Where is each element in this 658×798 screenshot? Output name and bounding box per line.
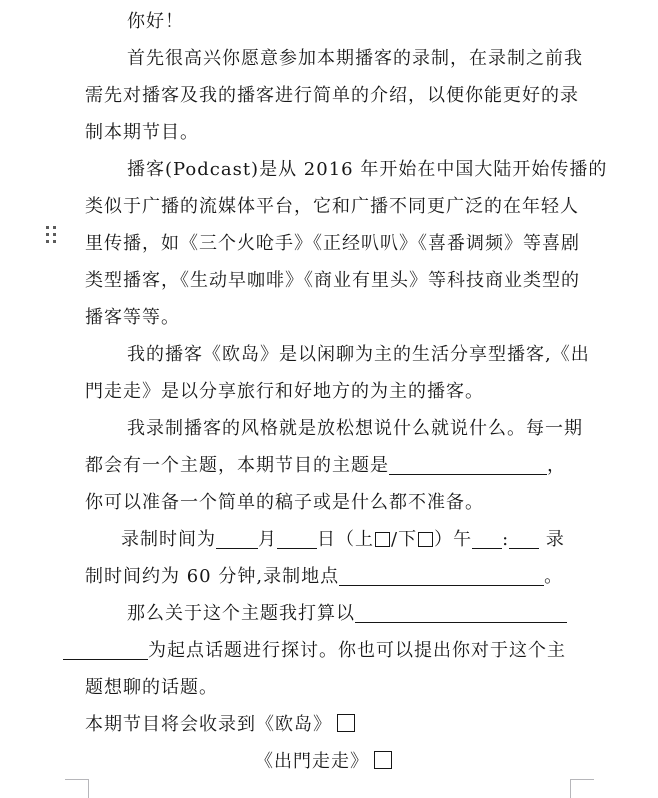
text-run: 里传播，如《三个火呛手》《正经叭叭》《喜番调频》等喜剧 — [85, 233, 580, 254]
text-run: 我录制播客的风格就是放松想说什么就说什么。每一期 — [127, 418, 583, 439]
text-line: 你好！ — [127, 3, 585, 40]
drag-handle-dot — [46, 233, 49, 236]
fill-in-blank-line[interactable] — [355, 622, 567, 623]
document-page: 你好！首先很高兴你愿意参加本期播客的录制，在录制之前我需先对播客及我的播客进行简… — [0, 0, 658, 798]
text-line: 录制时间为月日（上/下）午: 录 — [121, 521, 585, 558]
text-run: 播客等等。 — [85, 307, 180, 328]
fill-in-blank-line[interactable] — [339, 585, 544, 586]
text-run: 录制时间为 — [121, 529, 216, 550]
checkbox[interactable] — [374, 751, 392, 769]
document-text: 你好！首先很高兴你愿意参加本期播客的录制，在录制之前我需先对播客及我的播客进行简… — [85, 3, 585, 780]
text-line: 为起点话题进行探讨。你也可以提出你对于这个主 — [63, 632, 585, 669]
fill-in-blank-line[interactable] — [472, 548, 502, 549]
text-line: 制本期节目。 — [85, 114, 585, 151]
text-run: 录 — [539, 529, 565, 550]
page-corner-mark-left — [65, 779, 89, 798]
drag-handle-dot — [53, 233, 56, 236]
text-run: 月 — [258, 529, 277, 550]
text-line: 你可以准备一个简单的稿子或是什么都不准备。 — [85, 484, 585, 521]
text-line: 类似于广播的流媒体平台，它和广播不同更广泛的在年轻人 — [85, 188, 585, 225]
drag-handle-icon[interactable] — [44, 224, 58, 245]
text-run: 播客(Podcast)是从 2016 年开始在中国大陆开始传播的 — [127, 159, 607, 180]
text-line: 播客等等。 — [85, 299, 585, 336]
drag-handle-dot — [46, 240, 49, 243]
text-line: 那么关于这个主题我打算以 — [127, 595, 585, 632]
text-line: 类型播客，《生动早咖啡》《商业有里头》等科技商业类型的 — [85, 262, 585, 299]
text-line: 《出門走走》 — [255, 743, 585, 780]
text-line: 門走走》是以分享旅行和好地方的为主的播客。 — [85, 373, 585, 410]
text-run: 类似于广播的流媒体平台，它和广播不同更广泛的在年轻人 — [85, 196, 579, 217]
text-run: 日（上 — [317, 529, 374, 550]
text-line: 我的播客《欧岛》是以闲聊为主的生活分享型播客,《出 — [127, 336, 585, 373]
text-run: 制时间约为 60 分钟,录制地点 — [85, 566, 339, 587]
text-run: 你可以准备一个简单的稿子或是什么都不准备。 — [85, 492, 484, 513]
fill-in-blank-line[interactable] — [277, 548, 317, 549]
page-corner-mark-right — [570, 779, 594, 798]
fill-in-blank-line[interactable] — [216, 548, 258, 549]
text-run: 制本期节目。 — [85, 122, 199, 143]
text-run: 門走走》是以分享旅行和好地方的为主的播客。 — [85, 381, 484, 402]
text-run: 首先很高兴你愿意参加本期播客的录制，在录制之前我 — [127, 48, 583, 69]
text-run: ， — [547, 455, 566, 476]
text-line: 首先很高兴你愿意参加本期播客的录制，在录制之前我 — [127, 40, 585, 77]
text-run: 。 — [544, 566, 563, 587]
checkbox[interactable] — [418, 532, 433, 547]
drag-handle-dot — [53, 240, 56, 243]
text-line: 播客(Podcast)是从 2016 年开始在中国大陆开始传播的 — [127, 151, 585, 188]
text-run: 为起点话题进行探讨。你也可以提出你对于这个主 — [148, 640, 566, 661]
text-line: 本期节目将会收录到《欧岛》 — [85, 706, 585, 743]
checkbox[interactable] — [375, 532, 390, 547]
text-line: 我录制播客的风格就是放松想说什么就说什么。每一期 — [127, 410, 585, 447]
drag-handle-dot — [46, 226, 49, 229]
fill-in-blank-line[interactable] — [509, 548, 539, 549]
text-run: 你好！ — [127, 11, 184, 32]
text-line: 制时间约为 60 分钟,录制地点。 — [85, 558, 585, 595]
text-line: 需先对播客及我的播客进行简单的介绍，以便你能更好的录 — [85, 77, 585, 114]
drag-handle-dot — [53, 226, 56, 229]
checkbox[interactable] — [337, 714, 355, 732]
text-run: /下 — [391, 529, 417, 550]
text-line: 里传播，如《三个火呛手》《正经叭叭》《喜番调频》等喜剧 — [85, 225, 585, 262]
text-run: 需先对播客及我的播客进行简单的介绍，以便你能更好的录 — [85, 85, 579, 106]
text-run: 我的播客《欧岛》是以闲聊为主的生活分享型播客,《出 — [127, 344, 590, 365]
text-run: 那么关于这个主题我打算以 — [127, 603, 355, 624]
text-line: 题想聊的话题。 — [85, 669, 585, 706]
text-run: 《出門走走》 — [255, 751, 369, 772]
text-run: 题想聊的话题。 — [85, 677, 218, 698]
fill-in-blank-line[interactable] — [63, 659, 148, 660]
text-run: ）午 — [434, 529, 472, 550]
text-run: 类型播客，《生动早咖啡》《商业有里头》等科技商业类型的 — [85, 270, 580, 291]
text-line: 都会有一个主题，本期节目的主题是， — [85, 447, 585, 484]
text-run: 都会有一个主题，本期节目的主题是 — [85, 455, 389, 476]
fill-in-blank-line[interactable] — [389, 474, 547, 475]
text-run: 本期节目将会收录到《欧岛》 — [85, 714, 332, 735]
text-run: : — [502, 529, 509, 550]
